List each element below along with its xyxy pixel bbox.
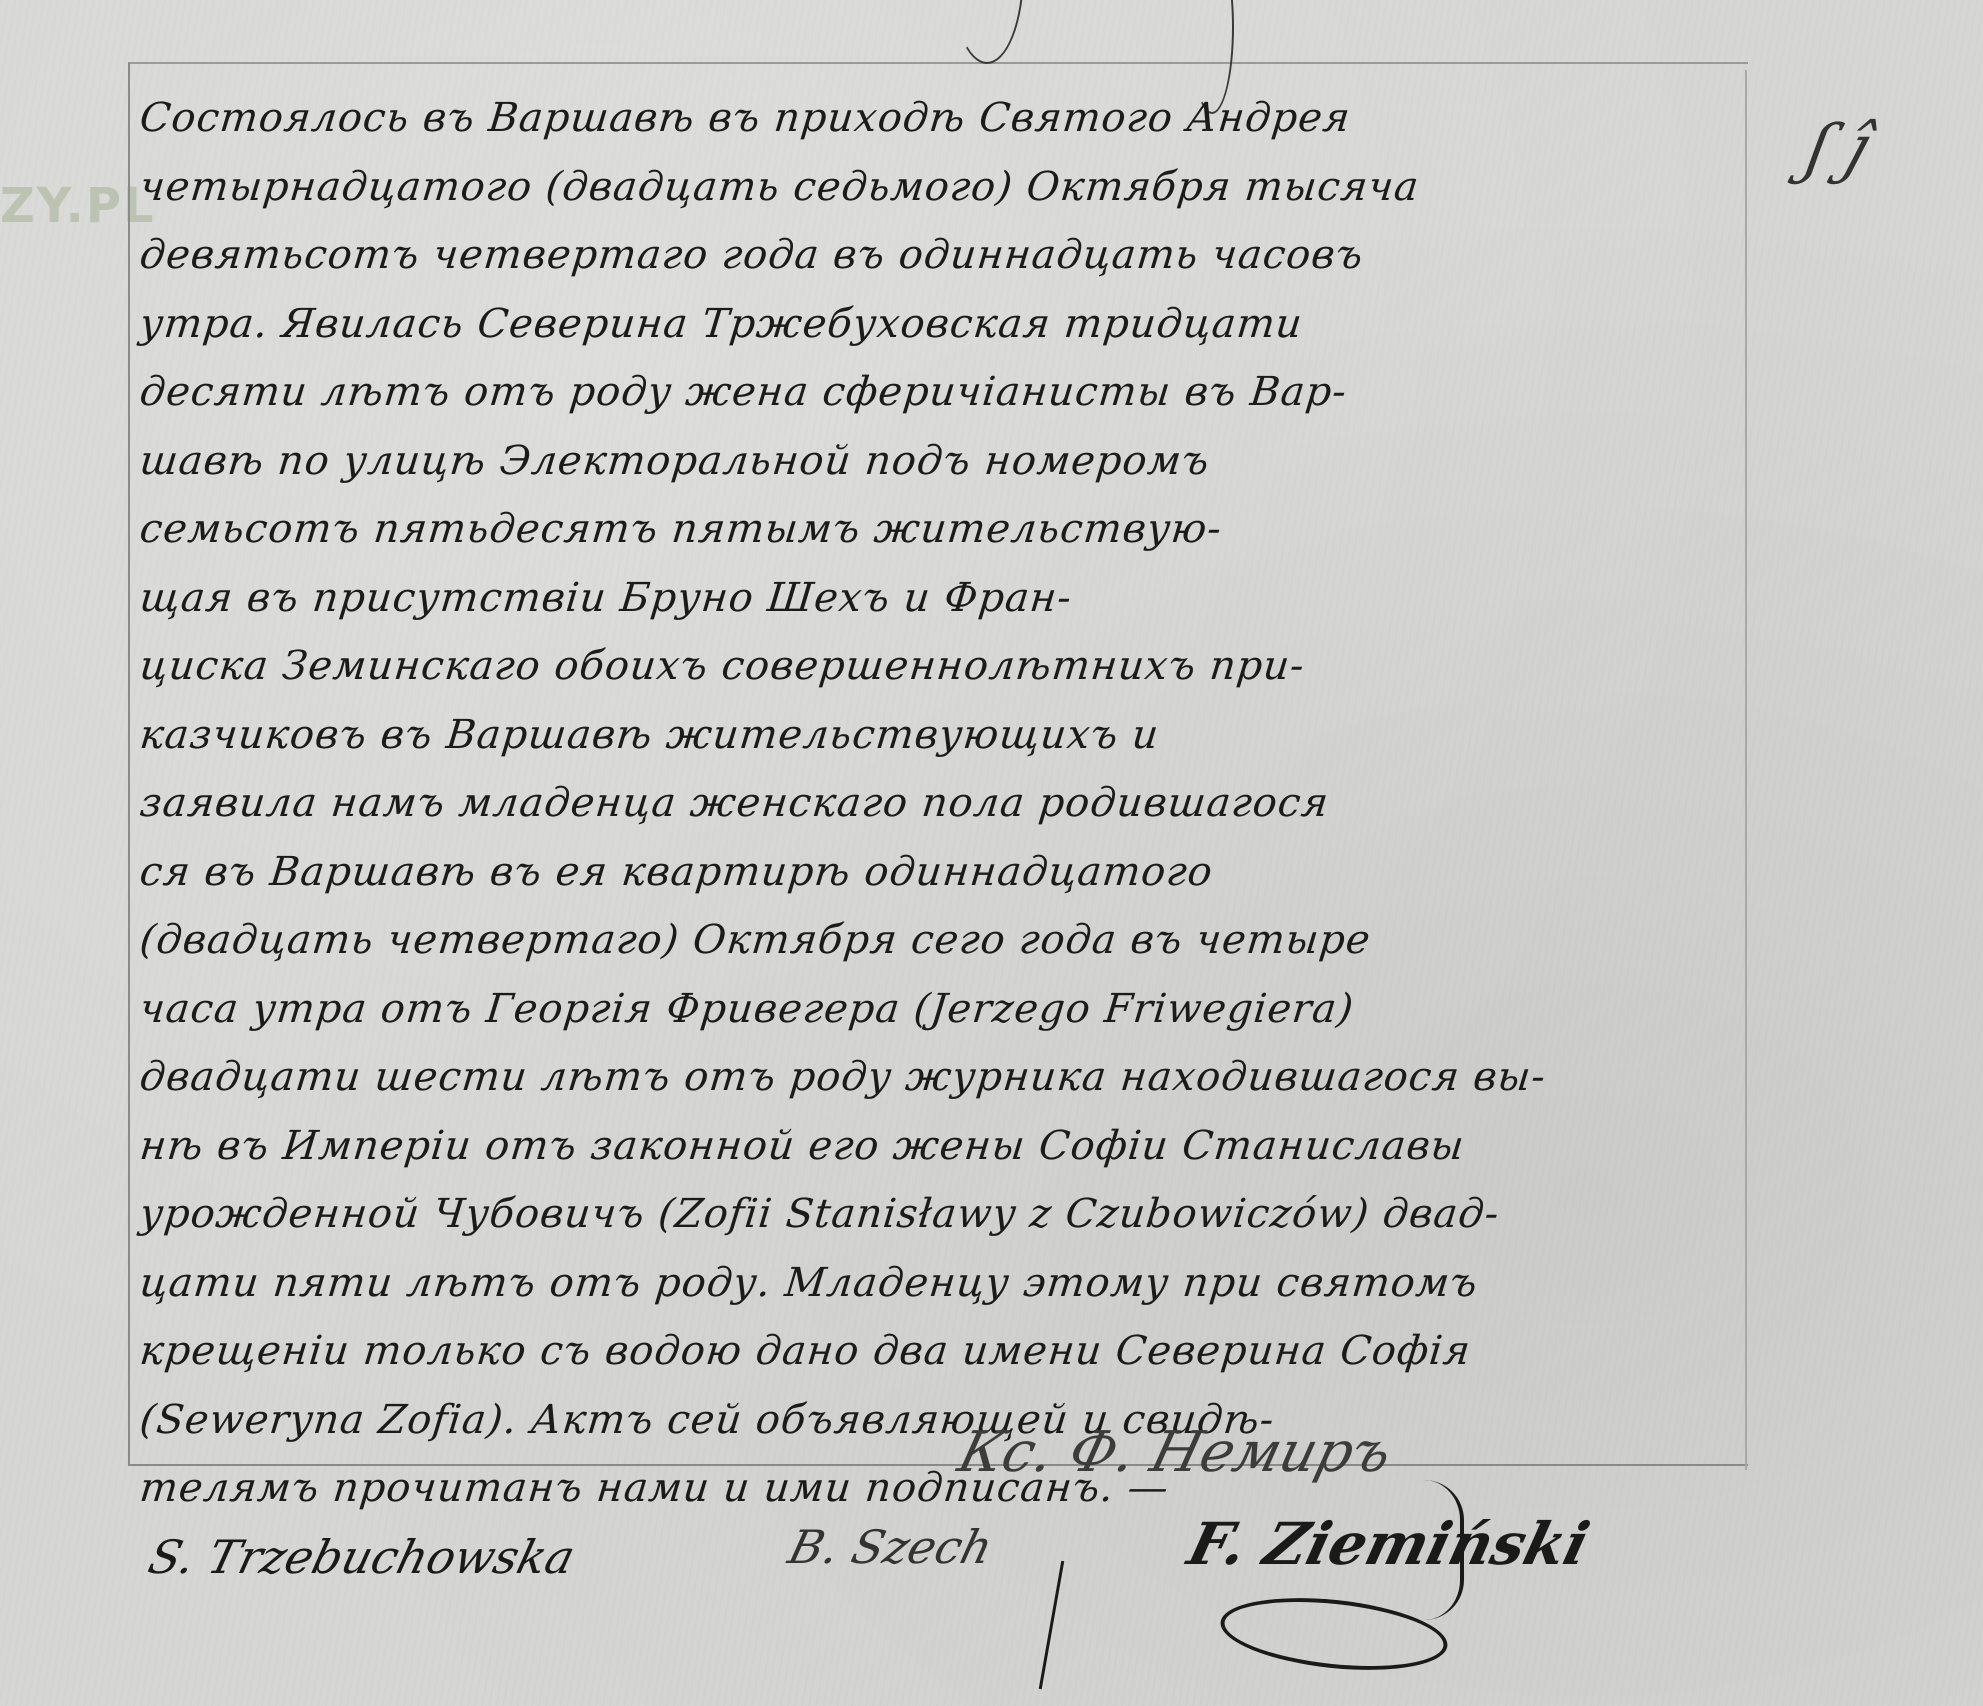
record-line: утра. Явилась Северина Тржебуховская три… [136,290,1763,359]
record-line: ся въ Варшавѣ въ ея квартирѣ одиннадцато… [136,838,1763,907]
record-line: часа утра отъ Георгія Фривегера (Jerzego… [136,975,1763,1044]
record-line: щая въ присутствіи Бруно Шехъ и Фран- [136,564,1763,633]
record-line: Состоялось въ Варшавѣ въ приходѣ Святого… [136,84,1763,153]
signature-flourish-tail [1420,1480,1464,1620]
signature-witness-1: B. Szech [783,1520,998,1574]
record-line: десяти лѣтъ отъ роду жена сферичіанисты … [136,358,1763,427]
signature-official: Кс. Ф. Немиръ [952,1420,1398,1485]
record-line: крещеніи только съ водою дано два имени … [136,1317,1763,1386]
record-line: урожденной Чубовичъ (Zofii Stanisławy z … [136,1180,1763,1249]
record-line: двадцати шести лѣтъ отъ роду журника нах… [136,1043,1763,1112]
record-body: Состоялось въ Варшавѣ въ приходѣ Святого… [140,84,1760,1523]
pen-stroke-top-1 [950,0,1024,64]
record-line: (двадцать четвертаго) Октября сего года … [136,906,1763,975]
record-line: семьсотъ пятьдесятъ пятымъ жительствую- [136,495,1763,564]
signatures-row: S. Trzebuchowska B. Szech F. Ziemiński [150,1510,1850,1660]
record-line: циска Земинскаго обоихъ совершеннолѣтних… [136,632,1763,701]
record-line: казчиковъ въ Варшавѣ жительствующихъ и [136,701,1763,770]
margin-note: ʃ ĵ [1798,112,1880,186]
record-line: девятьсотъ четвертаго года въ одиннадцат… [136,221,1763,290]
record-line: (Seweryna Zofia). Актъ сей объявляющей и… [136,1386,1763,1455]
record-line: четырнадцатого (двадцать седьмого) Октяб… [136,153,1763,222]
record-line: шавѣ по улицѣ Электоральной подъ номером… [136,427,1763,496]
record-line: заявила намъ младенца женскаго пола роди… [136,769,1763,838]
signature-declarant: S. Trzebuchowska [143,1530,580,1584]
document-page: ZY.PL ʃ ĵ Состоялось въ Варшавѣ въ прихо… [0,0,1983,1706]
record-line: цати пяти лѣтъ отъ роду. Младенцу этому … [136,1249,1763,1318]
signature-witness-2: F. Ziemiński [1182,1510,1596,1578]
record-line: нѣ въ Имперіи отъ законной его жены Софі… [136,1112,1763,1181]
